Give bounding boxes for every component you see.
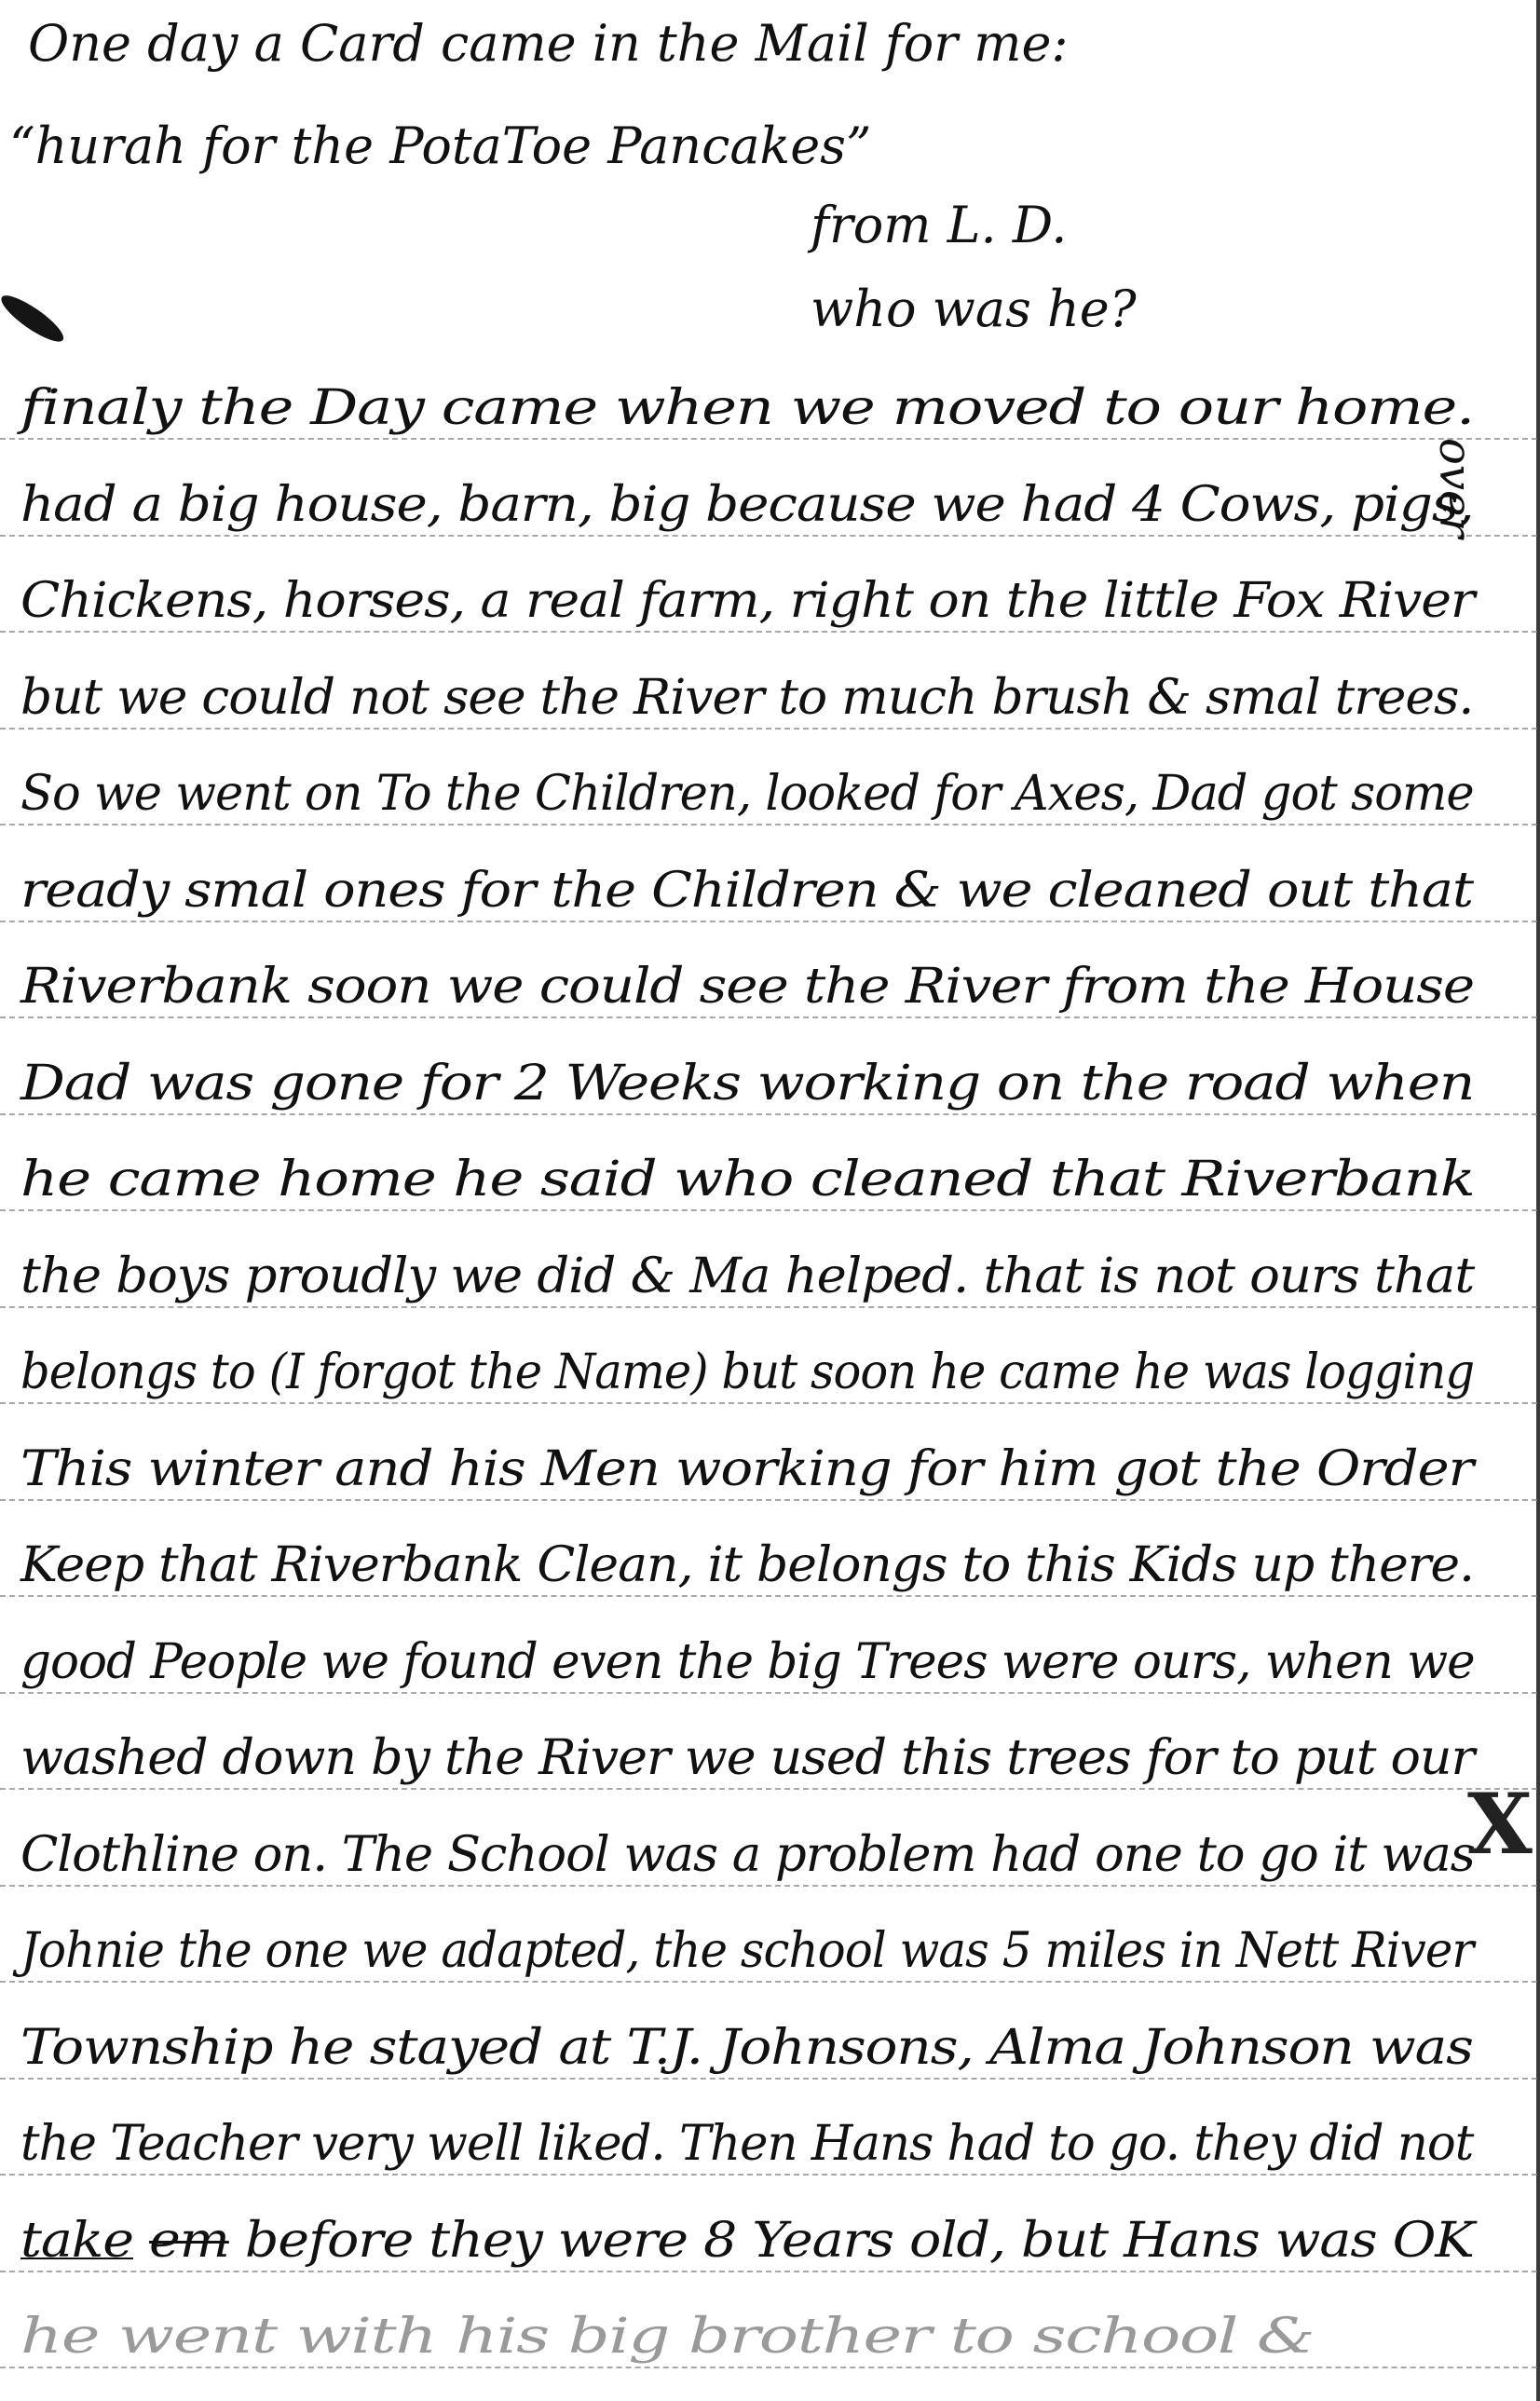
page-edge [1536,0,1540,2401]
letter-line: Township he stayed at T.J. Johnsons, Alm… [20,2024,1473,2072]
margin-note-over: over [1429,438,1481,538]
letter-line: Clothline on. The School was a problem h… [20,1831,1475,1879]
rule-line [0,631,1537,633]
rule-line [0,1499,1537,1501]
rule-line [0,728,1537,730]
letter-line: This winter and his Men working for him … [20,1445,1473,1494]
header-line-1: One day a Card came in the Mail for me: [28,19,1069,69]
letter-line: Riverbank soon we could see the River fr… [20,962,1474,1011]
letter-line: Chickens, horses, a real farm, right on … [20,577,1474,625]
rule-line [0,1209,1537,1211]
letter-line: Keep that Riverbank Clean, it belongs to… [20,1541,1474,1589]
rule-line [0,1981,1537,1983]
letter-line: he came home he said who cleaned that Ri… [20,1155,1475,1204]
header-signature: from L. D. [811,200,1067,251]
letter-line-take: take em before they were 8 Years old, bu… [20,2217,1474,2265]
letter-line: the boys proudly we did & Ma helped. tha… [20,1252,1474,1301]
letter-page: One day a Card came in the Mail for me: … [0,0,1540,2401]
letter-line: had a big house, barn, big because we ha… [20,481,1474,529]
letter-line: the Teacher very well liked. Then Hans h… [20,2120,1473,2168]
rule-line [0,2174,1537,2176]
rule-line [0,1016,1537,1018]
header-line-2: “hurah for the PotaToe Pancakes” [9,121,872,171]
letter-line: but we could not see the River to much b… [20,674,1473,722]
letter-line: good People we found even the big Trees … [20,1638,1475,1686]
rule-line [0,2367,1537,2368]
letter-line: ready smal ones for the Children & we cl… [20,866,1473,915]
line-remainder: before they were 8 Years old, but Hans w… [245,2213,1474,2269]
rule-line [0,438,1537,440]
rule-line [0,1788,1537,1790]
rule-line [0,1113,1537,1115]
letter-line: finaly the Day came when we moved to our… [20,384,1474,432]
rule-line [0,535,1537,537]
rule-line [0,824,1537,825]
crossed-out-word: em [149,2213,229,2269]
rule-line [0,1402,1537,1404]
rule-line [0,2271,1537,2272]
rule-line [0,2078,1537,2080]
letter-line: Johnie the one we adapted, the school wa… [20,1927,1473,1975]
rule-line [0,1692,1537,1694]
letter-line: washed down by the River we used this tr… [20,1734,1474,1782]
pen-scribble-mark [0,289,69,348]
letter-line: belongs to (I forgot the Name) but soon … [20,1348,1474,1397]
header-question: who was he? [811,284,1137,334]
letter-line: Dad was gone for 2 Weeks working on the … [20,1059,1474,1108]
rule-line [0,1595,1537,1597]
rule-line [0,921,1537,922]
letter-line: So we went on To the Children, looked fo… [20,770,1474,818]
rule-line [0,1306,1537,1308]
rule-line [0,1885,1537,1887]
letter-line-faint: he went with his big brother to school & [20,2312,1314,2361]
x-mark: X [1467,1775,1533,1874]
word-take: take [20,2213,133,2269]
